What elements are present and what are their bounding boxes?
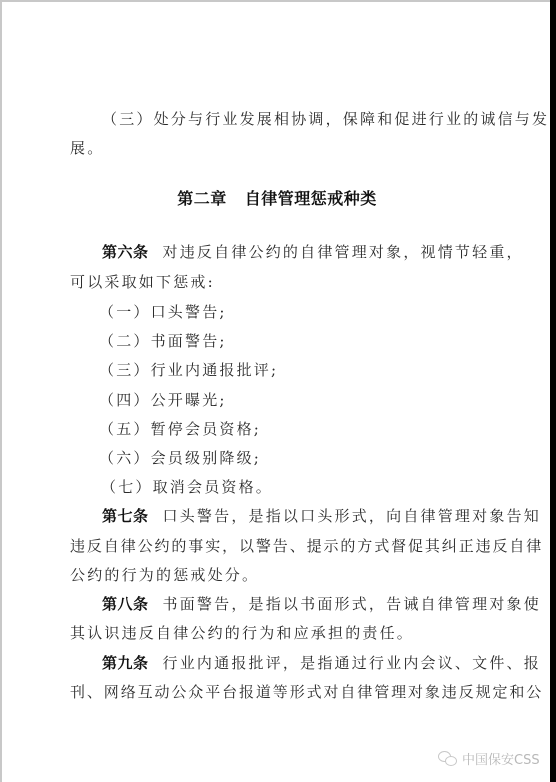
intro-paragraph-line1: （三）处分与行业发展相协调，保障和促进行业的诚信与发 — [102, 109, 549, 129]
penalty-item-4: （四）公开曝光; — [99, 390, 227, 410]
article9-label: 第九条 — [102, 654, 149, 672]
article6-label: 第六条 — [102, 243, 149, 261]
chapter-name: 自律管理惩戒种类 — [245, 189, 377, 208]
penalty-item-7: （七）取消会员资格。 — [101, 477, 273, 497]
article7-line3: 公约的行为的惩戒处分。 — [70, 565, 259, 585]
article6-line2: 可以采取如下惩戒: — [70, 272, 215, 292]
article8-label: 第八条 — [102, 595, 149, 613]
wechat-icon — [438, 751, 458, 767]
right-edge-border — [550, 0, 556, 782]
article8-line2: 其认识违反自律公约的行为和应承担的责任。 — [70, 623, 414, 643]
penalty-item-5: （五）暂停会员资格; — [99, 419, 261, 439]
article7-text: 口头警告，是指以口头形式，向自律管理对象告知 — [163, 507, 541, 525]
article9-line1: 第九条行业内通报批评，是指通过行业内会议、文件、报 — [102, 653, 541, 673]
intro-paragraph-line2: 展。 — [70, 138, 104, 158]
penalty-item-1: （一）口头警告; — [99, 302, 227, 322]
article8-line1: 第八条书面警告，是指以书面形式，告诫自律管理对象使 — [102, 594, 541, 614]
chapter-title: 第二章自律管理惩戒种类 — [2, 188, 552, 210]
penalty-item-2: （二）书面警告; — [99, 331, 227, 351]
document-page: （三）处分与行业发展相协调，保障和促进行业的诚信与发 展。 第二章自律管理惩戒种… — [0, 0, 550, 782]
article6-text: 对违反自律公约的自律管理对象，视情节轻重， — [163, 243, 524, 261]
watermark: 中国保安CSS — [438, 749, 540, 768]
article7-line2: 违反自律公约的事实，以警告、提示的方式督促其纠正违反自律 — [70, 536, 543, 556]
article7-label: 第七条 — [102, 507, 149, 525]
article9-text: 行业内通报批评，是指通过行业内会议、文件、报 — [163, 654, 541, 672]
article9-line2: 刊、网络互动公众平台报道等形式对自律管理对象违反规定和公 — [70, 682, 543, 702]
article7-line1: 第七条口头警告，是指以口头形式，向自律管理对象告知 — [102, 506, 541, 526]
article8-text: 书面警告，是指以书面形式，告诫自律管理对象使 — [163, 595, 541, 613]
article6-line1: 第六条对违反自律公约的自律管理对象，视情节轻重， — [102, 242, 524, 262]
penalty-item-3: （三）行业内通报批评; — [99, 360, 278, 380]
chapter-number: 第二章 — [177, 189, 227, 208]
penalty-item-6: （六）会员级别降级; — [99, 448, 261, 468]
watermark-text: 中国保安CSS — [462, 749, 540, 768]
